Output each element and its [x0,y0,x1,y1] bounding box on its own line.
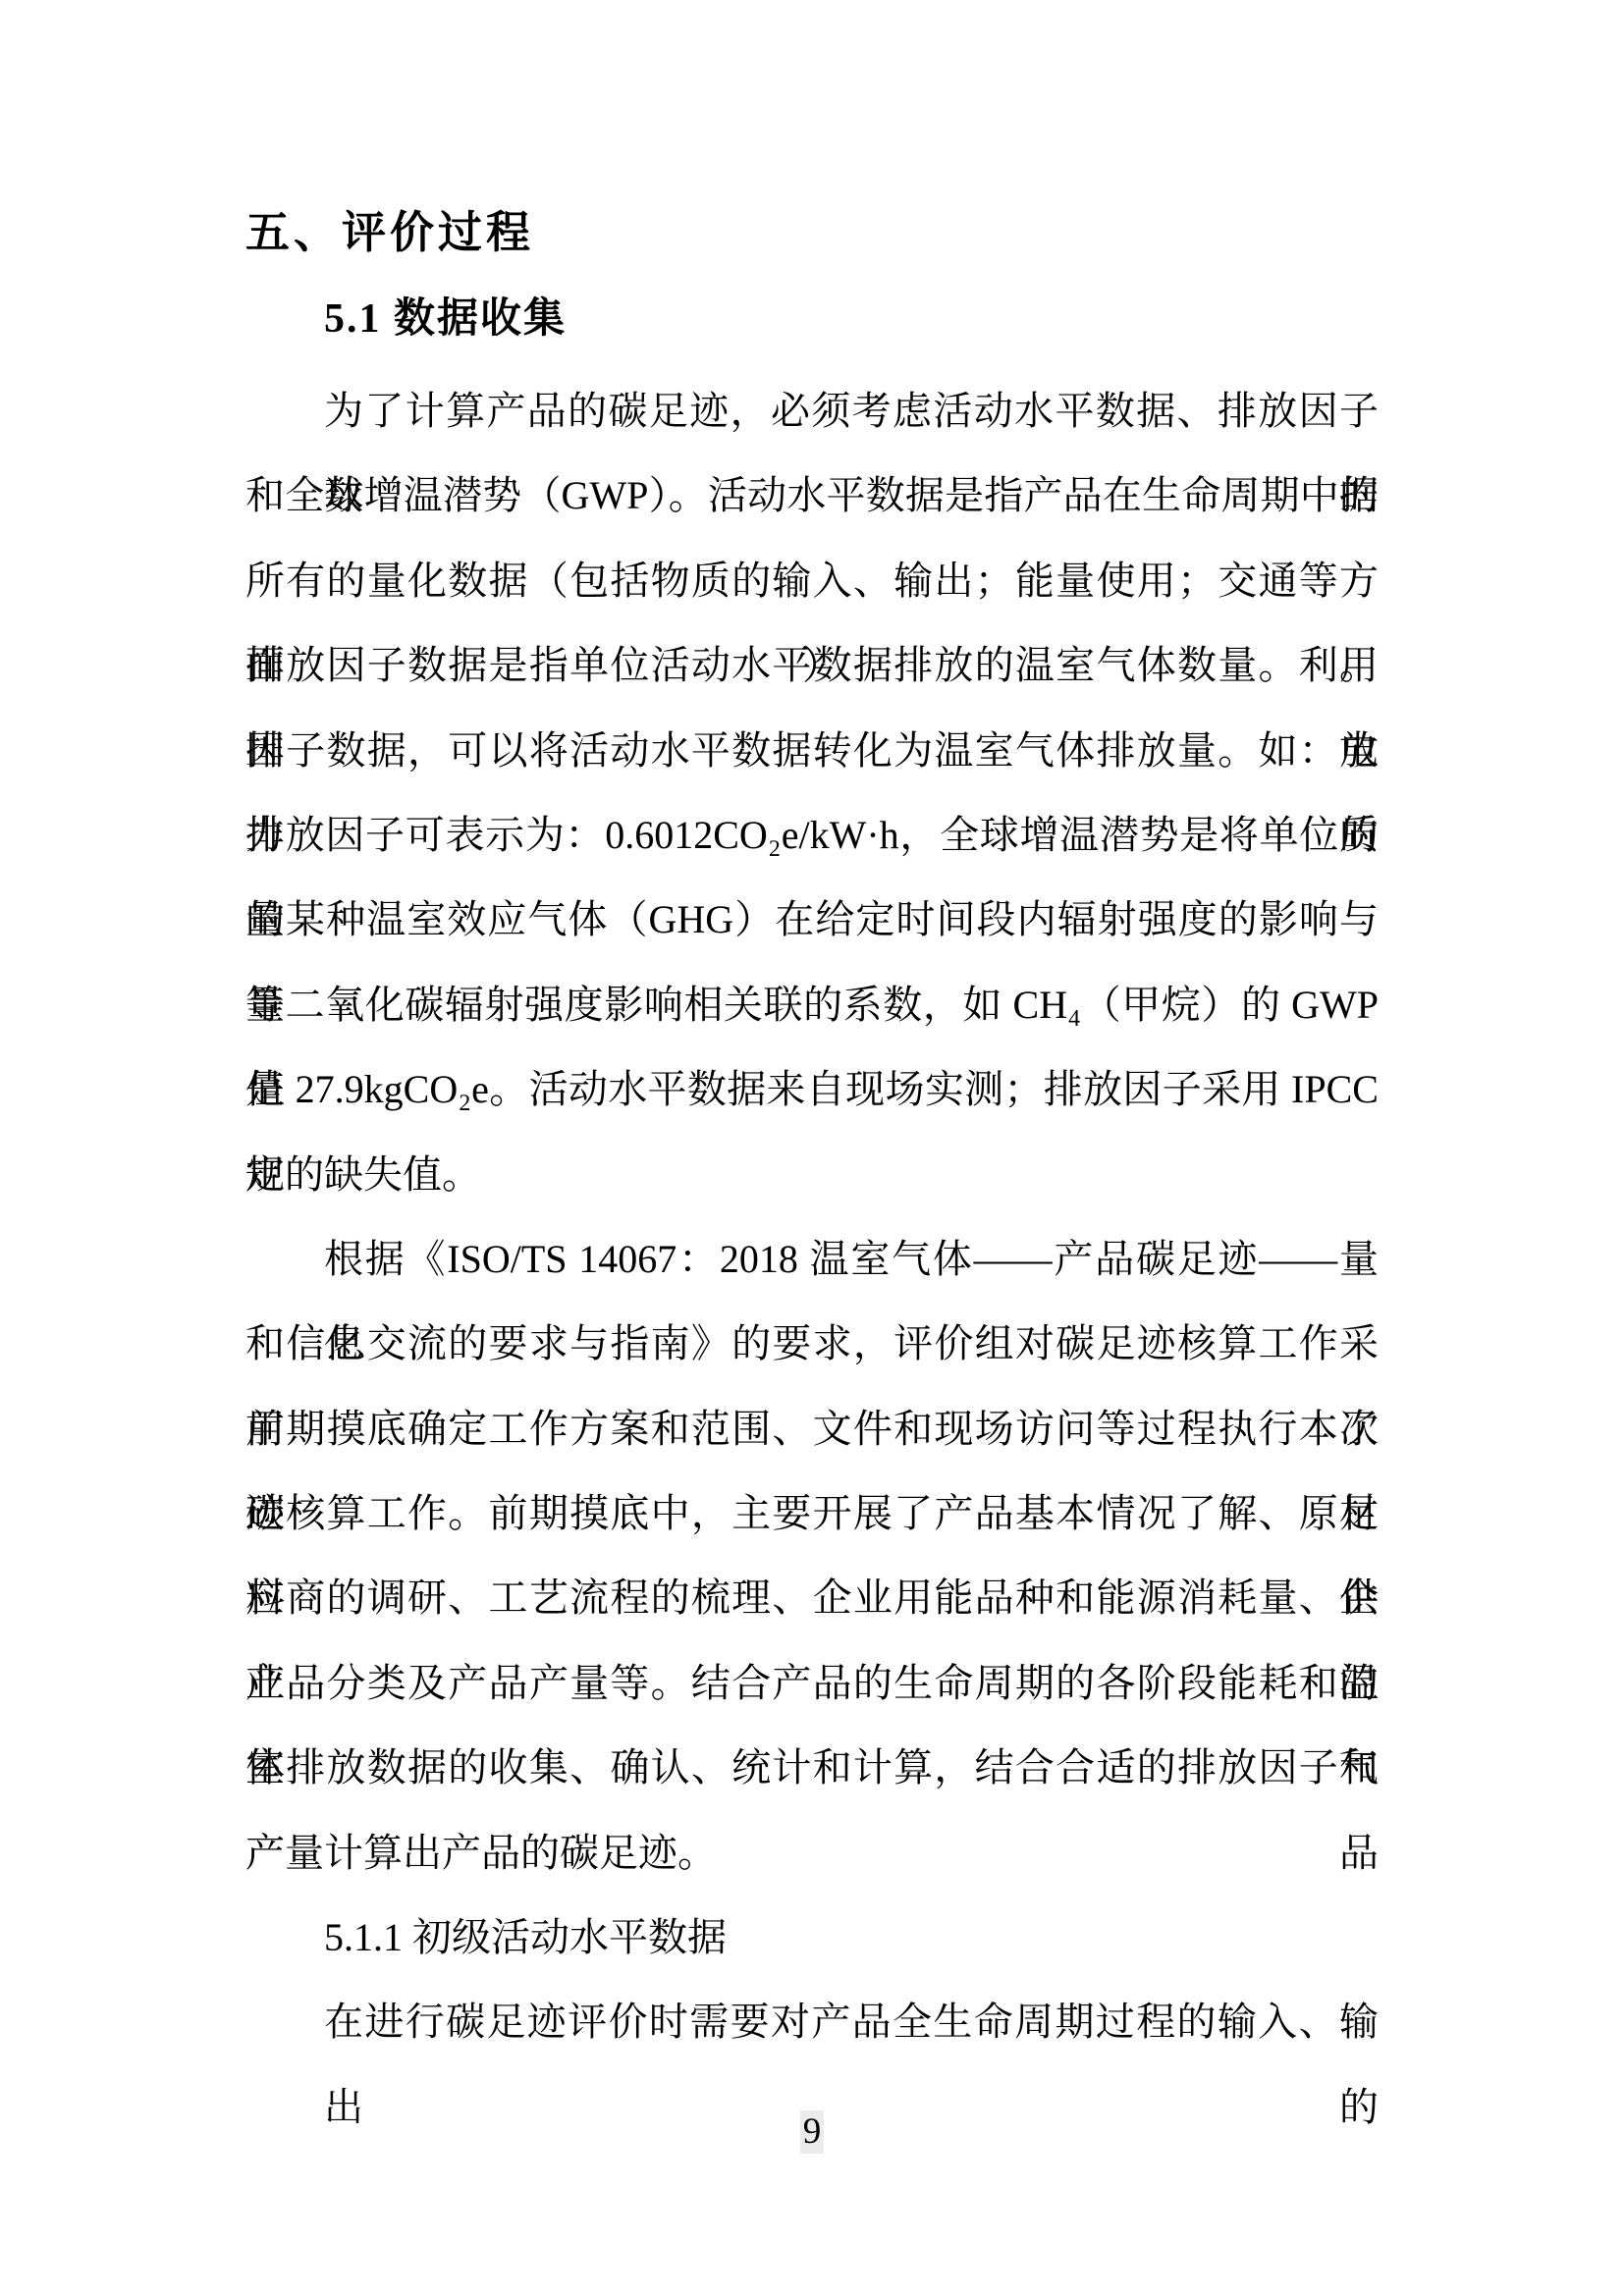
body-line: 排放因子数据是指单位活动水平数据排放的温室气体数量。利用排放 [245,623,1379,708]
body-line: 体排放数据的收集、确认、统计和计算，结合合适的排放因子和产品 [245,1726,1379,1810]
body-line: 所有的量化数据（包括物质的输入、输出；能量使用；交通等方面）。 [245,539,1379,623]
body-line: 根据《ISO/TS 14067：2018 温室气体——产品碳足迹——量化 [245,1217,1379,1302]
body-line: 迹核算工作。前期摸底中，主要开展了产品基本情况了解、原材料供 [245,1471,1379,1556]
body-line: 因子数据，可以将活动水平数据转化为温室气体排放量。如：电力的 [245,709,1379,793]
body-line: 排放因子可表示为：0.6012CO₂e/kW·h，全球增温潜势是将单位质量 [245,793,1379,878]
body-line: 是 27.9kgCO₂e。活动水平数据来自现场实测；排放因子采用 IPCC 规 [245,1047,1379,1132]
page-number: 9 [800,2110,825,2154]
subsection-heading-5-1-1: 5.1.1 初级活动水平数据 [245,1896,1379,1980]
body-line: 和全球增温潜势（GWP）。活动水平数据是指产品在生命周期中的 [245,454,1379,538]
body-text-block: 为了计算产品的碳足迹，必须考虑活动水平数据、排放因子数据 和全球增温潜势（GWP… [245,369,1379,2065]
section-heading: 五、评价过程 [245,208,534,259]
body-line: 在进行碳足迹评价时需要对产品全生命周期过程的输入、输出的 [245,1980,1379,2064]
body-line: 产品分类及产品产量等。结合产品的生命周期的各阶段能耗和温室气 [245,1641,1379,1726]
document-page: 五、评价过程 5.1 数据收集 为了计算产品的碳足迹，必须考虑活动水平数据、排放… [0,0,1624,2296]
subsection-heading: 5.1 数据收集 [324,295,567,343]
body-line: 和信息交流的要求与指南》的要求，评价组对碳足迹核算工作采用了 [245,1302,1379,1386]
body-line: 为了计算产品的碳足迹，必须考虑活动水平数据、排放因子数据 [245,369,1379,454]
page-footer: 9 [0,2110,1624,2154]
body-line: 前期摸底确定工作方案和范围、文件和现场访问等过程执行本次碳足 [245,1387,1379,1471]
body-line: 应商的调研、工艺流程的梳理、企业用能品种和能源消耗量、企业的 [245,1556,1379,1640]
body-line: 定的缺失值。 [245,1133,1379,1217]
body-line: 的某种温室效应气体（GHG）在给定时间段内辐射强度的影响与等 [245,878,1379,962]
body-line: 量二氧化碳辐射强度影响相关联的系数，如 CH₄（甲烷）的 GWP 值 [245,963,1379,1047]
